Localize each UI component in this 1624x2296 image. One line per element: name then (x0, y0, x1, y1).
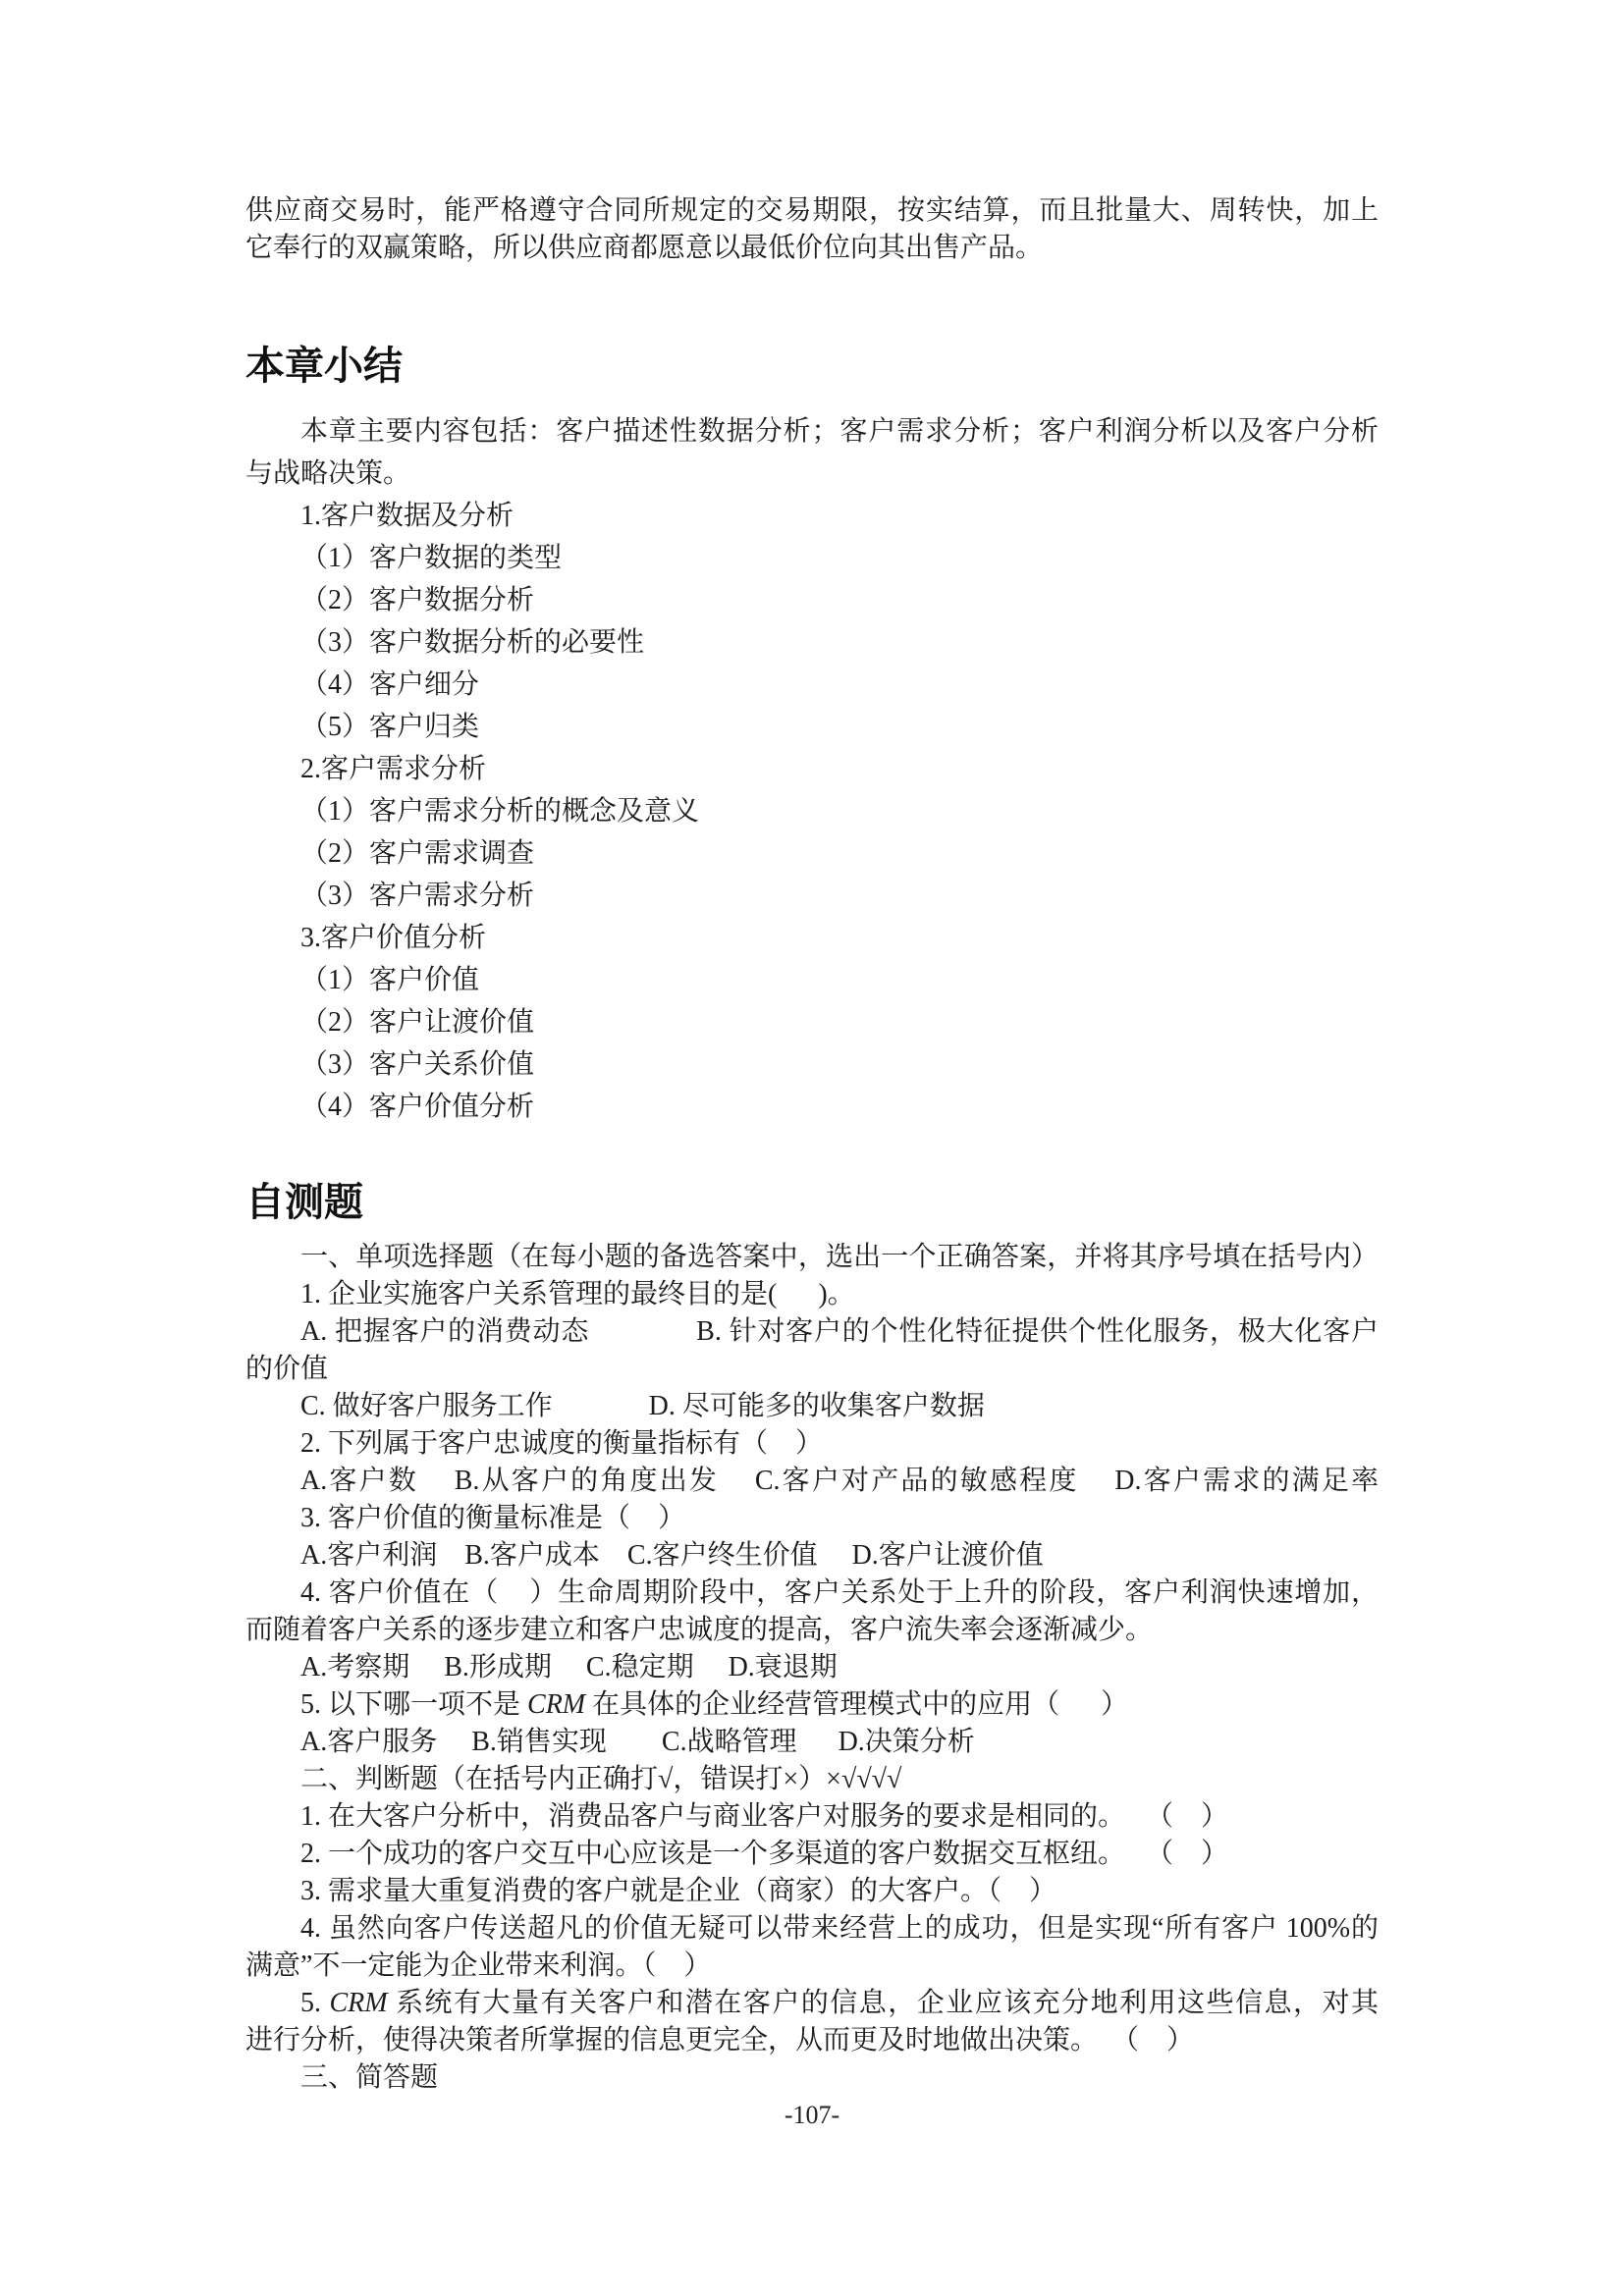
text-line: 2.客户需求分析 (245, 748, 1379, 790)
text-line: 4. 虽然向客户传送超凡的价值无疑可以带来经营上的成功，但是实现“所有客户 10… (245, 1910, 1379, 1948)
text-line: 而随着客户关系的逐步建立和客户忠诚度的提高，客户流失率会逐渐减少。 (245, 1612, 1379, 1649)
self-test-heading: 自测题 (245, 1175, 1379, 1230)
section-self-test: 自测题 一、单项选择题（在每小题的备选答案中，选出一个正确答案，并将其序号填在括… (245, 1175, 1379, 2097)
text-line: 它奉行的双赢策略，所以供应商都愿意以最低价位向其出售产品。 (245, 230, 1379, 267)
page: 供应商交易时，能严格遵守合同所规定的交易期限，按实结算，而且批量大、周转快，加上… (0, 0, 1624, 2296)
text-line: 满意”不一定能为企业带来利润。（ ） (245, 1948, 1379, 1985)
page-number: -107- (785, 2101, 839, 2129)
text-line: A.客户利润 B.客户成本 C.客户终生价值 D.客户让渡价值 (245, 1537, 1379, 1575)
text-line: 供应商交易时，能严格遵守合同所规定的交易期限，按实结算，而且批量大、周转快，加上 (245, 192, 1379, 230)
text-line: （1）客户需求分析的概念及意义 (245, 790, 1379, 832)
text-line: 1. 在大客户分析中，消费品客户与商业客户对服务的要求是相同的。 （ ） (245, 1798, 1379, 1836)
text-line: A.考察期 B.形成期 C.稳定期 D.衰退期 (245, 1649, 1379, 1686)
text-line: 3. 需求量大重复消费的客户就是企业（商家）的大客户。（ ） (245, 1873, 1379, 1910)
intro-paragraph: 供应商交易时，能严格遵守合同所规定的交易期限，按实结算，而且批量大、周转快，加上… (245, 192, 1379, 267)
text-line: （3）客户关系价值 (245, 1043, 1379, 1086)
text-line: 3.客户价值分析 (245, 917, 1379, 959)
page-footer: -107- (0, 2101, 1624, 2130)
text-line: （1）客户数据的类型 (245, 537, 1379, 579)
crm-acronym: CRM (527, 1689, 585, 1720)
text-line: 3. 客户价值的衡量标准是（ ） (245, 1500, 1379, 1537)
text-line: 1.客户数据及分析 (245, 495, 1379, 537)
text-line: 与战略决策。 (245, 453, 1379, 495)
text-line: C. 做好客户服务工作 D. 尽可能多的收集客户数据 (245, 1388, 1379, 1425)
text-line: A.客户数 B.从客户的角度出发 C.客户对产品的敏感程度 D.客户需求的满足率 (245, 1463, 1379, 1500)
text-line: 5. 以下哪一项不是 CRM 在具体的企业经营管理模式中的应用（ ） (245, 1686, 1379, 1724)
text-line: 一、单项选择题（在每小题的备选答案中，选出一个正确答案，并将其序号填在括号内） (245, 1239, 1379, 1276)
text-line: （2）客户让渡价值 (245, 1001, 1379, 1043)
text-line: （5）客户归类 (245, 706, 1379, 748)
text-line: 2. 一个成功的客户交互中心应该是一个多渠道的客户数据交互枢纽。 （ ） (245, 1836, 1379, 1873)
chapter-summary-outline: 本章主要内容包括：客户描述性数据分析；客户需求分析；客户利润分析以及客户分析与战… (245, 410, 1379, 1128)
text-line: （2）客户数据分析 (245, 579, 1379, 621)
text-line: 三、简答题 (245, 2059, 1379, 2097)
text-line: （1）客户价值 (245, 959, 1379, 1001)
text-line: （2）客户需求调查 (245, 832, 1379, 875)
text-line: （3）客户数据分析的必要性 (245, 621, 1379, 664)
text-line: （3）客户需求分析 (245, 875, 1379, 917)
text-line: A.客户服务 B.销售实现 C.战略管理 D.决策分析 (245, 1724, 1379, 1761)
self-test-questions: 一、单项选择题（在每小题的备选答案中，选出一个正确答案，并将其序号填在括号内）1… (245, 1239, 1379, 2097)
text-line: 进行分析，使得决策者所掌握的信息更完全，从而更及时地做出决策。 （ ） (245, 2022, 1379, 2059)
text-line: 的价值 (245, 1351, 1379, 1388)
text-line: 4. 客户价值在（ ）生命周期阶段中，客户关系处于上升的阶段，客户利润快速增加， (245, 1575, 1379, 1612)
text-line: （4）客户细分 (245, 664, 1379, 706)
text-line: 1. 企业实施客户关系管理的最终目的是( )。 (245, 1276, 1379, 1313)
crm-acronym: CRM (329, 1988, 387, 2018)
text-line: （4）客户价值分析 (245, 1086, 1379, 1128)
text-line: 二、判断题（在括号内正确打√，错误打×）×√√√√ (245, 1761, 1379, 1798)
text-line: 本章主要内容包括：客户描述性数据分析；客户需求分析；客户利润分析以及客户分析 (245, 410, 1379, 453)
section-chapter-summary: 本章小结 本章主要内容包括：客户描述性数据分析；客户需求分析；客户利润分析以及客… (245, 339, 1379, 1128)
text-line: 2. 下列属于客户忠诚度的衡量指标有（ ） (245, 1425, 1379, 1463)
chapter-summary-heading: 本章小结 (245, 339, 1379, 394)
text-line: A. 把握客户的消费动态 B. 针对客户的个性化特征提供个性化服务，极大化客户 (245, 1313, 1379, 1351)
text-line: 5. CRM 系统有大量有关客户和潜在客户的信息，企业应该充分地利用这些信息，对… (245, 1985, 1379, 2022)
